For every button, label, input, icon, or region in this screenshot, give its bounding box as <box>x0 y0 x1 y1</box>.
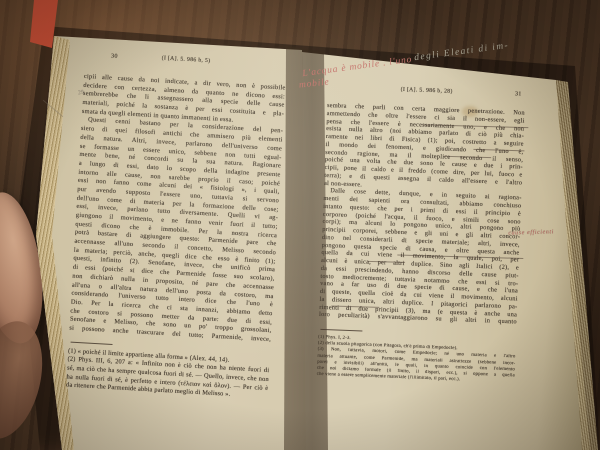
right-running-header: (I [A]. 5. 986 b, 28) <box>328 84 526 98</box>
right-footnotes: (1) Phys. I, 2-3.(2) della scuola pitago… <box>317 335 517 386</box>
right-page-content: 31 (I [A]. 5. 986 b, 28) sembra che parl… <box>317 80 526 386</box>
footnote-rule <box>71 341 113 344</box>
left-page-number: 30 <box>111 53 118 59</box>
right-body-text: sembra che parli con certa maggiore pene… <box>319 102 525 326</box>
right-page-number: 31 <box>515 91 522 97</box>
left-body-text: cipii alle cause da noi indicate, a dir … <box>69 73 286 345</box>
footnote-rule <box>320 329 362 332</box>
pencil-number: 29 <box>78 90 85 97</box>
left-page-content: 30 (I [A]. 5. 986 b, 5) cipii alle cause… <box>66 40 288 402</box>
